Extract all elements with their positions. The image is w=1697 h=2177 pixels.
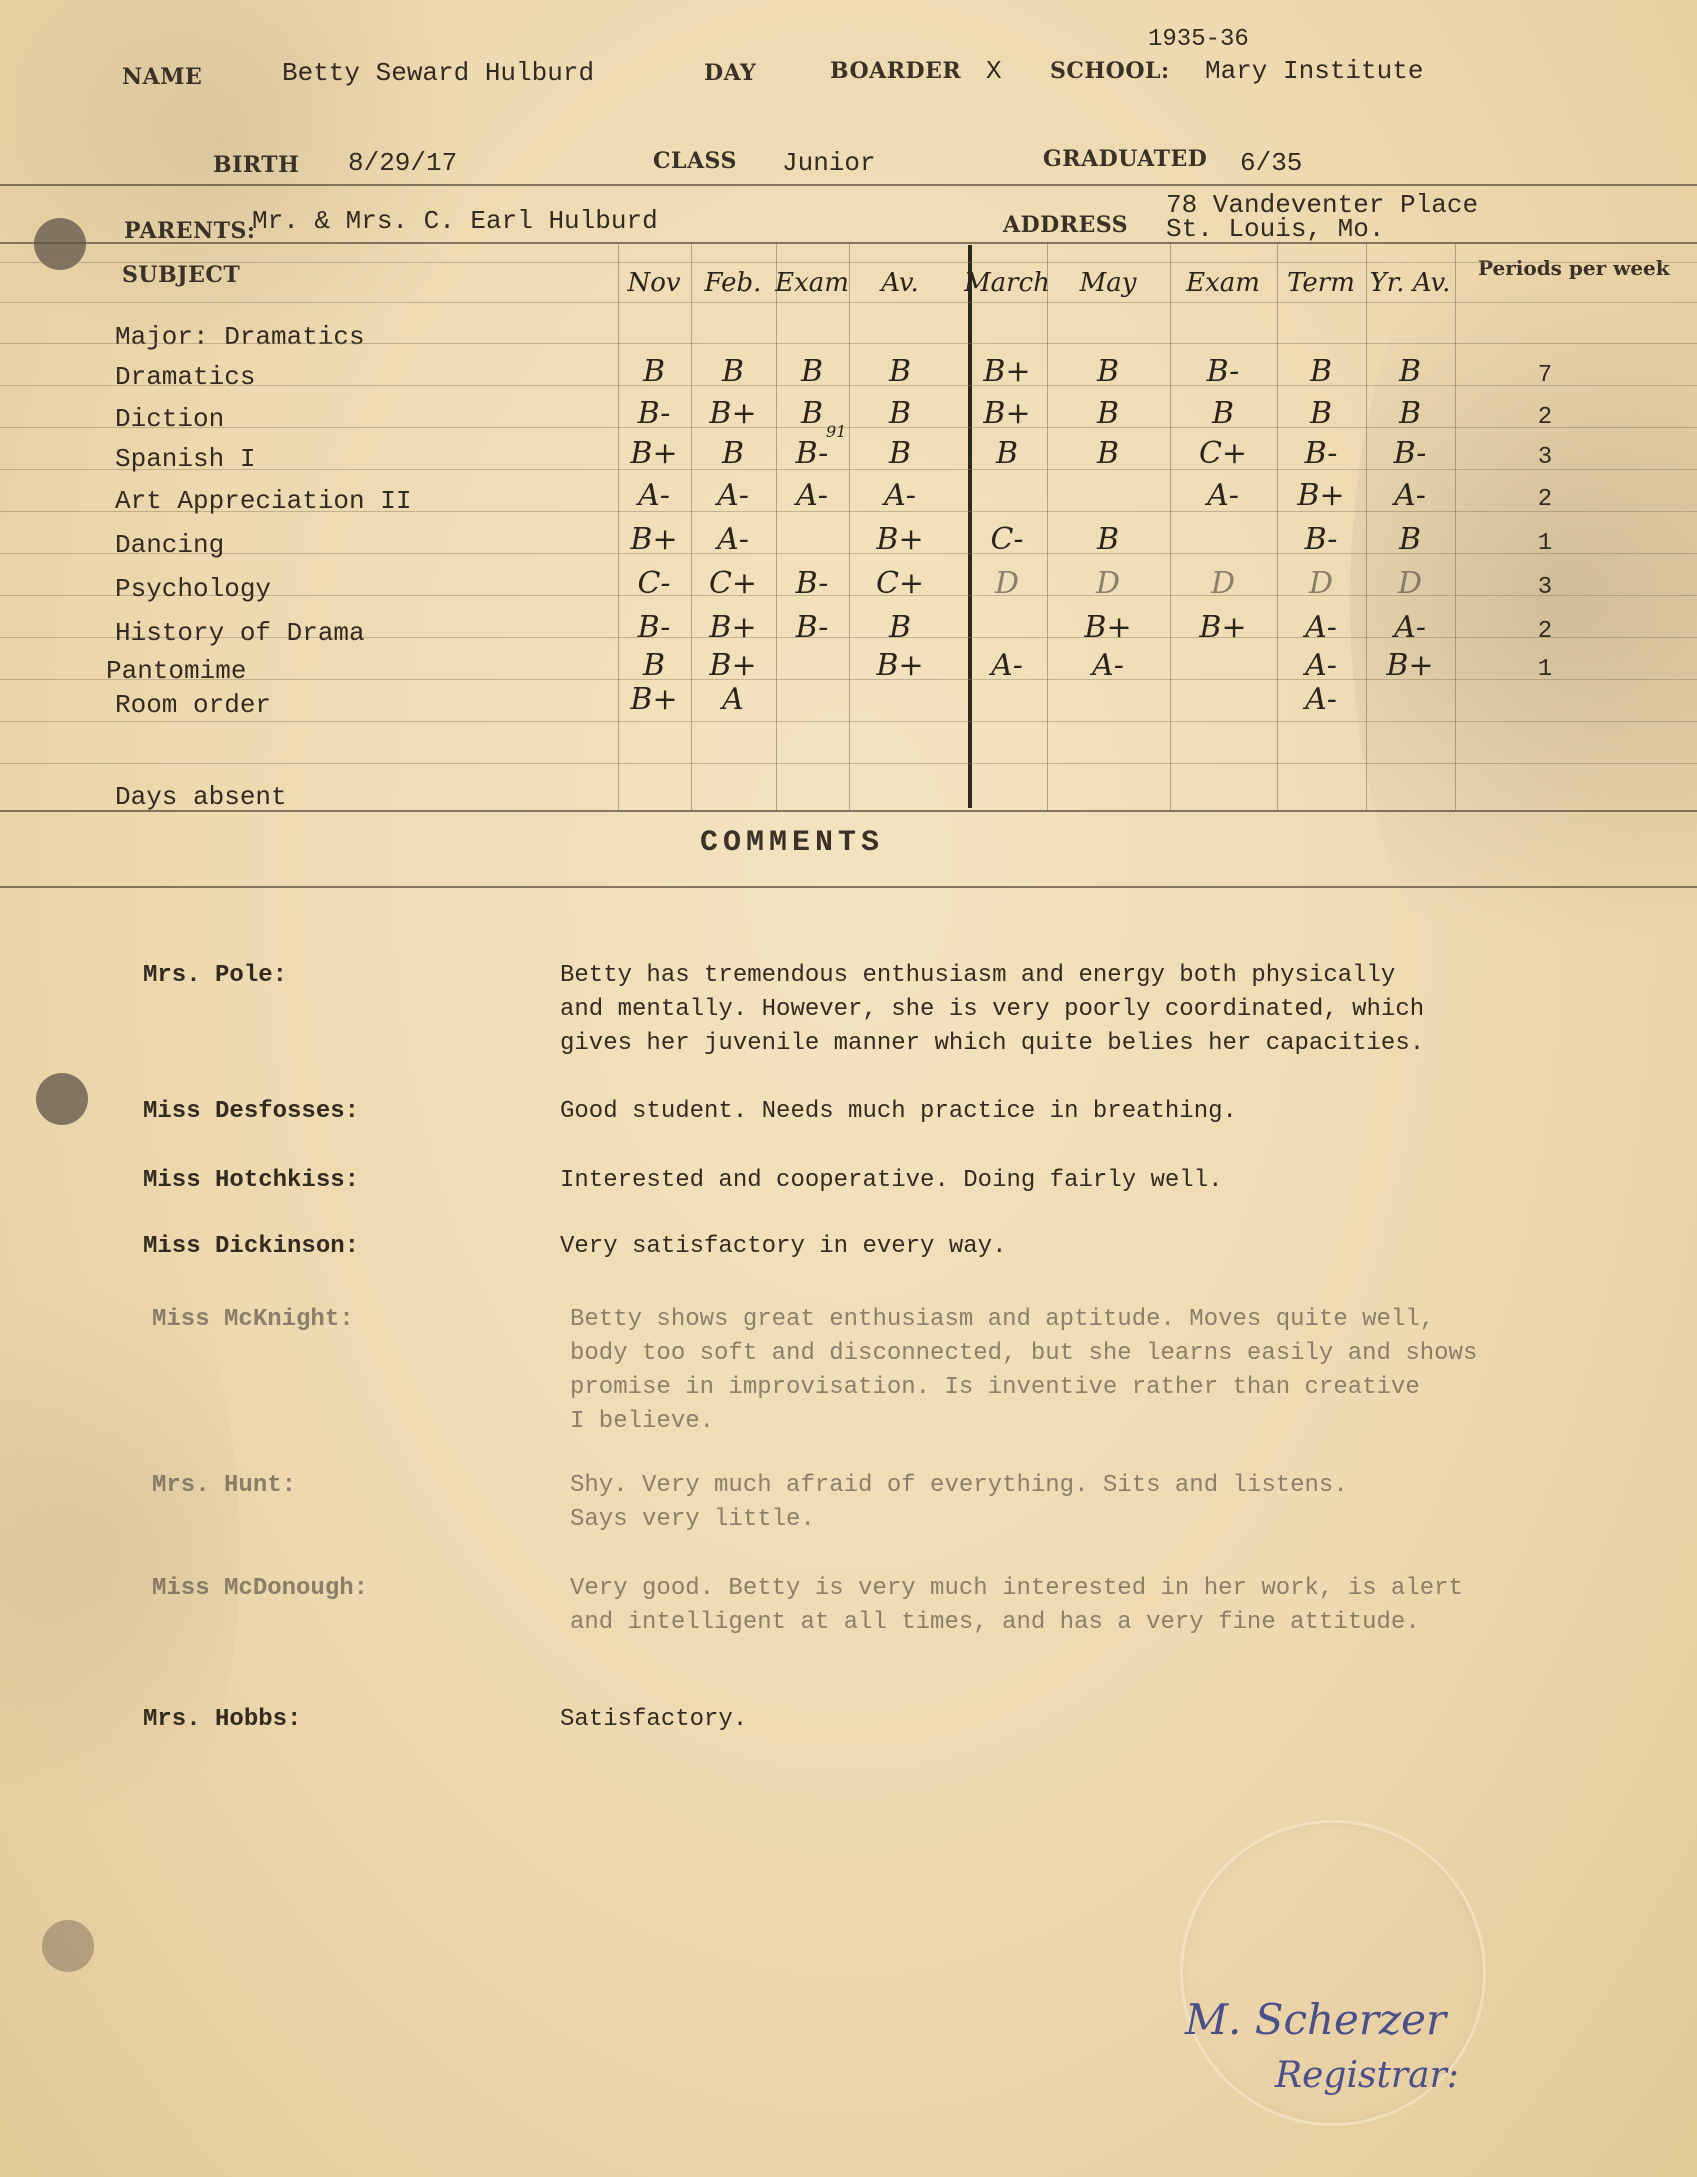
- comment-teacher: Miss Hotchkiss:: [143, 1167, 359, 1194]
- grade-cell: D: [1271, 566, 1371, 601]
- grade-cell: B: [850, 396, 950, 431]
- comment-teacher: Mrs. Hunt:: [152, 1472, 296, 1499]
- comment-line: Very good. Betty is very much interested…: [570, 1575, 1463, 1602]
- grade-cell: B: [1360, 522, 1460, 557]
- grade-cell: B: [1271, 396, 1371, 431]
- paper-stain: [0, 1200, 240, 1900]
- days-absent-label: Days absent: [115, 782, 287, 812]
- school-name: Mary Institute: [1205, 56, 1423, 86]
- periods-per-week: 3: [1520, 444, 1570, 471]
- grade-cell: A-: [1271, 610, 1371, 645]
- grade-cell: A-: [1058, 648, 1158, 683]
- grade-cell: B-: [762, 610, 862, 645]
- grade-cell: C+: [850, 566, 950, 601]
- grade-cell: B: [1058, 354, 1158, 389]
- grade-cell: B-: [1271, 436, 1371, 471]
- comment-line: I believe.: [570, 1408, 714, 1435]
- grade-cell: D: [1360, 566, 1460, 601]
- grade-cell: A-: [683, 522, 783, 557]
- parents-name: Mr. & Mrs. C. Earl Hulburd: [252, 206, 658, 236]
- column-line: [1170, 243, 1171, 810]
- class-value: Junior: [782, 148, 876, 178]
- header-divider: [0, 184, 1697, 186]
- subject-name: Dramatics: [115, 362, 255, 392]
- school-label: SCHOOL:: [1050, 58, 1170, 84]
- grade-cell: A-: [1173, 478, 1273, 513]
- periods-per-week: 2: [1520, 618, 1570, 645]
- registrar-signature: M. Scherzer: [1185, 1995, 1446, 2044]
- column-header: Exam: [1173, 268, 1273, 298]
- grade-cell: B+: [1360, 648, 1460, 683]
- birth-date: 8/29/17: [348, 148, 457, 178]
- grade-cell: B: [850, 436, 950, 471]
- periods-per-week: 7: [1520, 362, 1570, 389]
- column-header: Av.: [850, 268, 950, 298]
- comment-teacher: Miss McDonough:: [152, 1575, 368, 1602]
- subject-header: SUBJECT: [122, 262, 240, 288]
- birth-label: BIRTH: [213, 152, 299, 178]
- comment-line: and mentally. However, she is very poorl…: [560, 996, 1424, 1023]
- periods-per-week: 1: [1520, 656, 1570, 683]
- grade-cell: A-: [957, 648, 1057, 683]
- comments-title: COMMENTS: [700, 826, 884, 860]
- comment-line: Interested and cooperative. Doing fairly…: [560, 1167, 1223, 1194]
- grade-cell: B: [1058, 436, 1158, 471]
- comment-line: Very satisfactory in every way.: [560, 1233, 1006, 1260]
- grade-cell: B+: [1058, 610, 1158, 645]
- subject-name: Psychology: [115, 574, 271, 604]
- grade-cell: B: [1360, 396, 1460, 431]
- grade-cell: B+: [850, 648, 950, 683]
- column-header: March: [957, 268, 1057, 298]
- grade-cell: A-: [1360, 478, 1460, 513]
- header-row-line: [0, 262, 1697, 263]
- periods-per-week: 3: [1520, 574, 1570, 601]
- grade-cell: B: [850, 610, 950, 645]
- grade-cell: B: [1058, 396, 1158, 431]
- registrar-title: Registrar:: [1275, 2055, 1459, 2096]
- grade-cell: B: [957, 436, 1057, 471]
- address-line-2: St. Louis, Mo.: [1166, 214, 1384, 244]
- grade-cell: C+: [1173, 436, 1273, 471]
- graduated-label: GRADUATED: [1043, 146, 1207, 172]
- periods-per-week: 2: [1520, 486, 1570, 513]
- grade-cell: D: [957, 566, 1057, 601]
- periods-header: Periods per week: [1478, 256, 1670, 280]
- comment-line: Good student. Needs much practice in bre…: [560, 1098, 1237, 1125]
- subject-name: Dancing: [115, 530, 224, 560]
- punch-hole: [36, 1073, 88, 1125]
- table-bottom-border: [0, 810, 1697, 812]
- parents-label: PARENTS:: [124, 218, 256, 244]
- comment-teacher: Miss Dickinson:: [143, 1233, 359, 1260]
- column-header: Term: [1271, 268, 1371, 298]
- grade-cell: D: [1058, 566, 1158, 601]
- comment-line: Betty shows great enthusiasm and aptitud…: [570, 1306, 1434, 1333]
- grade-cell: B: [762, 354, 862, 389]
- header-row-line: [0, 302, 1697, 303]
- grade-cell: A-: [1271, 648, 1371, 683]
- grade-cell: B: [1173, 396, 1273, 431]
- periods-per-week: 1: [1520, 530, 1570, 557]
- comment-teacher: Mrs. Pole:: [143, 962, 287, 989]
- grade-cell: B: [1271, 354, 1371, 389]
- periods-per-week: 2: [1520, 404, 1570, 431]
- grade-cell: B: [1058, 522, 1158, 557]
- subject-name: Room order: [115, 690, 271, 720]
- grade-cell: B-: [762, 436, 862, 471]
- grade-cell: B: [1360, 354, 1460, 389]
- graduated-date: 6/35: [1240, 148, 1302, 178]
- comment-teacher: Miss Desfosses:: [143, 1098, 359, 1125]
- comment-line: body too soft and disconnected, but she …: [570, 1340, 1477, 1367]
- school-year: 1935-36: [1148, 26, 1249, 53]
- boarder-label: BOARDER: [830, 58, 961, 84]
- day-label: DAY: [704, 60, 756, 86]
- grade-cell: A-: [1271, 682, 1371, 717]
- comment-teacher: Mrs. Hobbs:: [143, 1706, 301, 1733]
- comment-line: gives her juvenile manner which quite be…: [560, 1030, 1424, 1057]
- exam-score-note: 91: [826, 422, 846, 441]
- comment-line: Says very little.: [570, 1506, 815, 1533]
- row-line: [0, 721, 1697, 722]
- grade-cell: B+: [957, 396, 1057, 431]
- grade-cell: B+: [683, 648, 783, 683]
- grade-cell: B: [762, 396, 862, 431]
- grade-cell: A-: [762, 478, 862, 513]
- comment-teacher: Miss McKnight:: [152, 1306, 354, 1333]
- grade-cell: B+: [1173, 610, 1273, 645]
- row-line: [0, 343, 1697, 344]
- grade-cell: A: [683, 682, 783, 717]
- grade-cell: A-: [1360, 610, 1460, 645]
- comments-divider: [0, 886, 1697, 888]
- grade-cell: D: [1173, 566, 1273, 601]
- name-label: NAME: [122, 64, 202, 90]
- address-label: ADDRESS: [1003, 212, 1128, 238]
- comment-line: promise in improvisation. Is inventive r…: [570, 1374, 1420, 1401]
- punch-hole: [42, 1920, 94, 1972]
- comment-line: Shy. Very much afraid of everything. Sit…: [570, 1472, 1348, 1499]
- row-line: [0, 763, 1697, 764]
- grade-cell: B: [850, 354, 950, 389]
- comment-line: and intelligent at all times, and has a …: [570, 1609, 1420, 1636]
- grade-cell: B-: [1271, 522, 1371, 557]
- class-label: CLASS: [653, 148, 737, 174]
- grade-cell: C-: [957, 522, 1057, 557]
- grade-cell: A-: [850, 478, 950, 513]
- column-header: May: [1058, 268, 1158, 298]
- comment-line: Satisfactory.: [560, 1706, 747, 1733]
- subject-name: Spanish I: [115, 444, 255, 474]
- column-header: Yr. Av.: [1360, 268, 1460, 298]
- student-name: Betty Seward Hulburd: [282, 58, 594, 88]
- grade-cell: B-: [762, 566, 862, 601]
- major-label: Major: Dramatics: [115, 322, 365, 352]
- subject-name: Art Appreciation II: [115, 486, 411, 516]
- subject-name: Pantomime: [106, 656, 246, 686]
- grade-cell: B-: [1360, 436, 1460, 471]
- grade-cell: B+: [957, 354, 1057, 389]
- column-header: Exam: [762, 268, 862, 298]
- grade-cell: B+: [850, 522, 950, 557]
- boarder-mark: X: [986, 56, 1002, 86]
- comment-line: Betty has tremendous enthusiasm and ener…: [560, 962, 1395, 989]
- grade-cell: B+: [1271, 478, 1371, 513]
- grade-cell: B-: [1173, 354, 1273, 389]
- subject-name: History of Drama: [115, 618, 365, 648]
- subject-name: Diction: [115, 404, 224, 434]
